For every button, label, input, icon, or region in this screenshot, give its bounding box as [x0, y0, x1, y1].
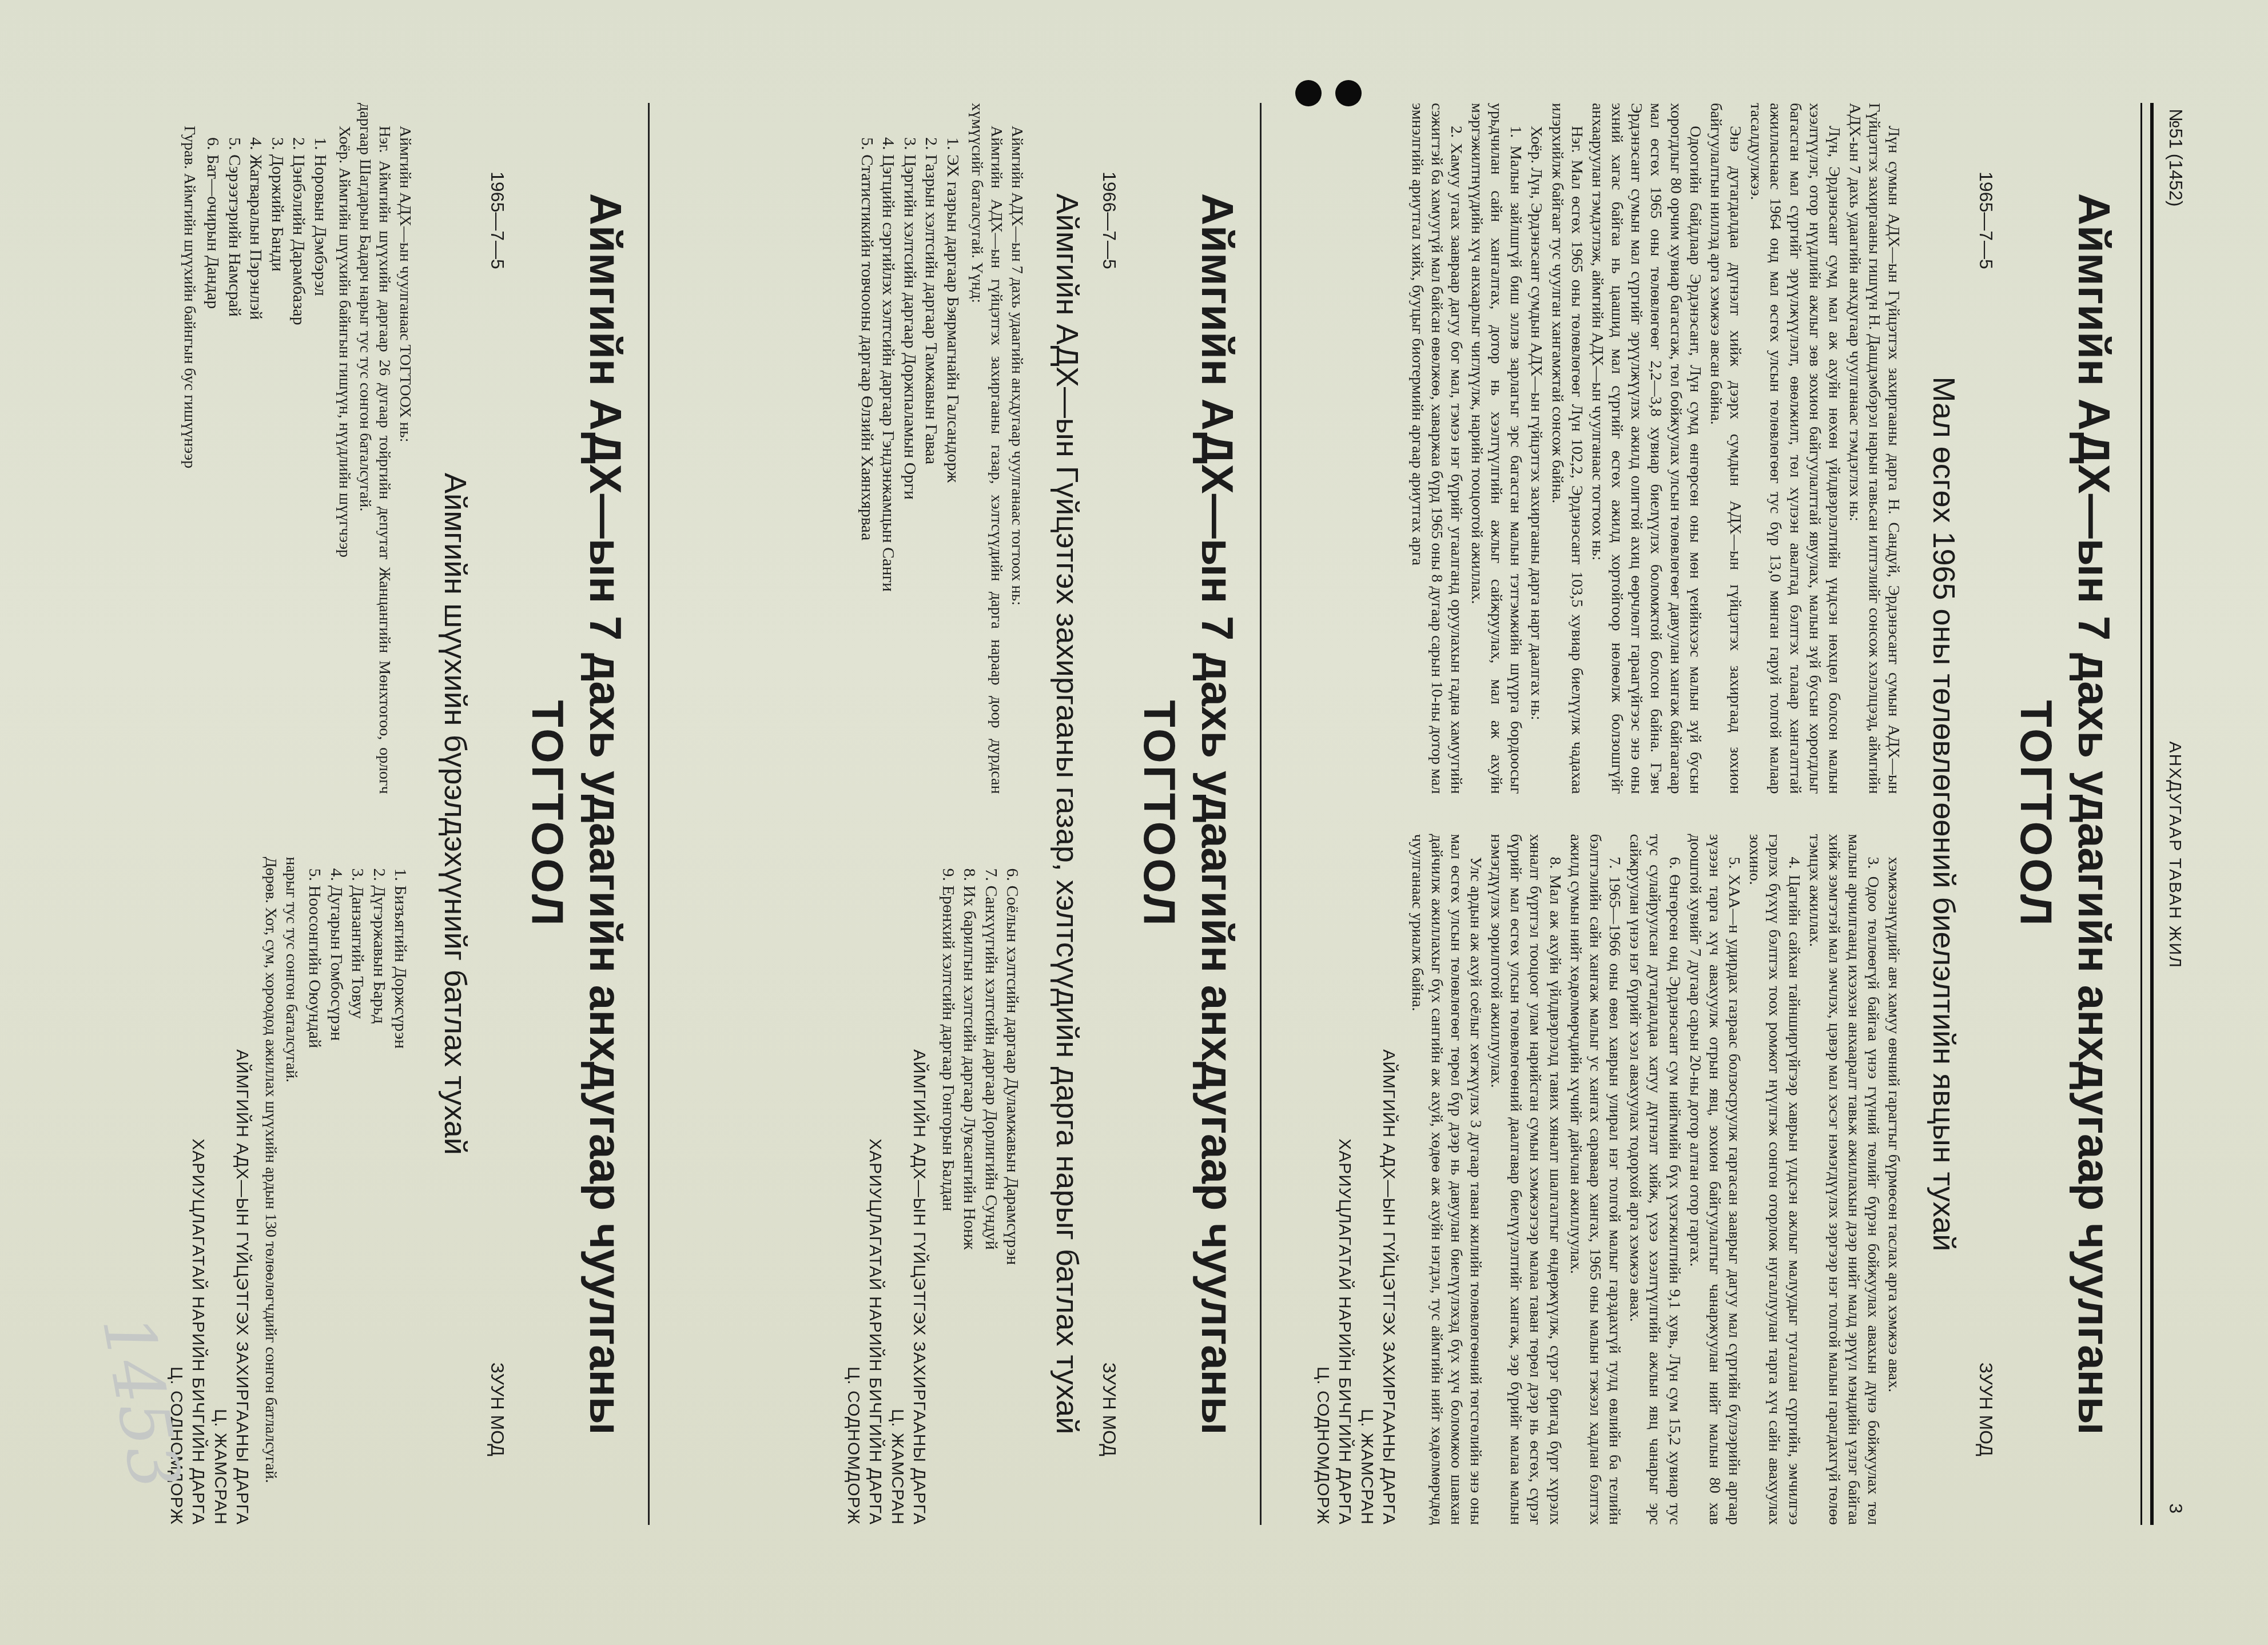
list-item: 8. Их барилгын хэлтсийн даргаар Лувсанги… [959, 869, 981, 1525]
list-item: 5. Статистикийн товчооны даргаар Өлзийн … [856, 137, 878, 794]
signature-name: Ц. СОДНОМДОРЖ [842, 834, 864, 1525]
paragraph: 1. Малын зайлшгүй биш эллэв зарлагыг эрс… [1467, 103, 1525, 794]
paragraph: 4. Цагийн сайхан тайнширгүйгээр хаврын ү… [1745, 834, 1803, 1525]
article1-topic: Мал өсгөх 1965 оны төлөвлөгөөний биелэлт… [1926, 103, 1961, 1525]
article1-date: 1965—7—5 [1975, 172, 1996, 269]
article3-column-2: 1. Бизъягийн Доржсүрэн2. Дүгэржавын Барь… [164, 817, 415, 1525]
list-item: 2. Дүгэржавын Барьд [368, 869, 390, 1525]
article3-intro: Аймгийн АДХ—ын чуулганаас ТОГТООХ нь: [395, 103, 415, 794]
article2-column-2: 6. Соёлын хэлтсийн даргаар Дуламжавын Да… [841, 817, 1026, 1525]
list-item: 3. Данзангийн Товуу [347, 869, 369, 1525]
article2-list-left: 1. ЭХ газрын даргаар Бэярмагнайн Галсанд… [856, 103, 964, 794]
article2-date: 1966—7—5 [1099, 172, 1120, 269]
article3-subhead: ТОГТООЛ [522, 103, 574, 1525]
signature-title: АЙМГИЙН АДХ—ЫН ГҮЙЦЭТГЭХ ЗАХИРГААНЫ ДАРГ… [1378, 834, 1399, 1525]
list-item: 1. Бизъягийн Доржсүрэн [390, 869, 412, 1525]
article2-column-1: Аймгийн АДХ—ын 7 дахь удаагийн анхдугаар… [841, 103, 1026, 794]
list-item: 5. Сэрээтэрийн Намсрай [224, 137, 245, 794]
article2-list-right: 6. Соёлын хэлтсийн даргаар Дуламжавын Да… [937, 834, 1023, 1525]
list-item: 6. Соёлын хэлтсийн даргаар Дуламжавын Да… [1002, 869, 1024, 1525]
list-item: 1. ЭХ газрын даргаар Бэярмагнайн Галсанд… [942, 137, 964, 794]
list-item: 4. Жагваралын Пэрэнлэй [245, 137, 267, 794]
section-divider [1260, 103, 1262, 1525]
paragraph: хэмжээнүүдийг авч хамуу өвчний гарагтыг … [1884, 834, 1903, 1525]
list-item: 3. Цэргийн хэлтсийн даргаар Доржпаламын … [899, 137, 921, 794]
list-item: 9. Ерөнхий хэлтсийн даргаар Гонгорын Бал… [937, 869, 959, 1525]
paragraph: 2. Хамуу угаах заавраар дагуу бог мал, т… [1407, 103, 1465, 794]
masthead: №51 (1452) АНХДУГААР ТАВАН ЖИЛ 3 [2165, 109, 2205, 1513]
article3-item4: Дөрөв. Хот, сум, хороодод ажиллах шүүхий… [261, 834, 280, 1525]
list-item: 4. Цэгцийн сэргийлэх хэлтсийн даргаар Гэ… [878, 137, 900, 794]
article3-item2-end: нарыг тус тус сонгон баталсугай. [281, 834, 301, 1525]
article1-signatures: АЙМГИЙН АДХ—ЫН ГҮЙЦЭТГЭХ ЗАХИРГААНЫ ДАРГ… [1312, 834, 1399, 1525]
paragraph: Энэ дутагдалдаа дүгнэлт хийж дээрх сумды… [1706, 103, 1745, 794]
paragraph: Одоогийн байдлаар Эрдэнэсант, Лүн сумд ө… [1587, 103, 1705, 794]
article2-subhead: ТОГТООЛ [1133, 103, 1185, 1525]
article3-place: ЗУУН МОД [487, 1363, 508, 1456]
article3-headline: Аймгийн АДХ—ын 7 дахь удаагийн анхдугаар… [579, 103, 631, 1525]
list-item: 7. Санхүүгийн хэлтсийн даргаар Дорлигийн… [980, 869, 1002, 1525]
paragraph: 6. Өнгөрсөн онд Эрдэнэсант сум нийгмийн … [1625, 834, 1684, 1525]
list-item: 2. Газрын хэлтсийн даргаар Тамжавын Гава… [921, 137, 942, 794]
paragraph: 7. 1965—1966 оны өвөл хаврын улирал нэг … [1566, 834, 1624, 1525]
signature-title: ХАРИУЦЛАГАТАЙ НАРИЙН БИЧГИЙН ДАРГА [865, 834, 886, 1525]
article1-headline: Аймгийн АДХ—ын 7 дахь удаагийн анхдугаар… [2068, 103, 2119, 1525]
article3-item1: Нэг. Аймгийн шүүхийн даргаар 26 дугаар т… [355, 103, 394, 794]
article1-subhead: ТОГТООЛ [2010, 103, 2062, 1525]
list-item: 4. Дугарын Гомбосүрэн [325, 869, 347, 1525]
article3-list-left: 1. Норовын Дэмбэрэл2. Цэнбэлийн Дарамбаз… [202, 103, 331, 794]
article2-body: Аймгийн АДХ—ын гүйцэтгэх захиргааны газа… [967, 103, 1006, 794]
signature-title: ХАРИУЦЛАГАТАЙ НАРИЙН БИЧГИЙН ДАРГА [188, 834, 209, 1525]
binding-hole [1295, 80, 1322, 106]
paragraph: Хоёр. Лүн, Эрдэнэсант сумдын АДХ—ын гүйц… [1526, 103, 1546, 794]
paragraph: Лүн, Эрдэнэсант сумд мал аж ахуйн нөхөн … [1746, 103, 1844, 794]
newspaper-page: №51 (1452) АНХДУГААР ТАВАН ЖИЛ 3 Аймгийн… [0, 0, 2268, 1645]
article-livestock-plan: Аймгийн АДХ—ын 7 дахь удаагийн анхдугаар… [1311, 103, 2119, 1525]
signature-name: Ц. ЖАМСРАН [1356, 834, 1377, 1525]
issue-number: №51 (1452) [2165, 109, 2186, 206]
article3-topic: Аймгийн шүүхийн бүрэлдэхүүнийг батлах ту… [437, 103, 473, 1525]
paragraph: 3. Одоо төллөөгүй байгаа үнээ гүүний төл… [1805, 834, 1883, 1525]
article2-place: ЗУУН МОД [1099, 1363, 1120, 1456]
list-item: 1. Норовын Дэмбэрэл [309, 137, 331, 794]
article3-date: 1965—7—5 [487, 172, 508, 269]
paragraph: 8. Мал аж ахуйн үйлдвэрлэлд тавих хяналт… [1486, 834, 1565, 1525]
signature-title: ХАРИУЦЛАГАТАЙ НАРИЙН БИЧГИЙН ДАРГА [1334, 834, 1355, 1525]
article3-list-right: 1. Бизъягийн Доржсүрэн2. Дүгэржавын Барь… [304, 834, 412, 1525]
signature-name: Ц. СОДНОМДОРЖ [1312, 834, 1333, 1525]
signature-name: Ц. ЖАМСРАН [886, 834, 908, 1525]
paragraph: 5. ХАА—н удирдах газраас болзосруулж гар… [1685, 834, 1744, 1525]
article2-signatures: АЙМГИЙН АДХ—ЫН ГҮЙЦЭТГЭХ ЗАХИРГААНЫ ДАРГ… [842, 834, 929, 1525]
article3-item2: Хоёр. Аймгийн шүүхийн байнгын гишүүн, нү… [335, 103, 354, 794]
article3-column-1: Аймгийн АДХ—ын чуулганаас ТОГТООХ нь: Нэ… [164, 103, 415, 794]
signature-title: АЙМГИЙН АДХ—ЫН ГҮЙЦЭТГЭХ ЗАХИРГААНЫ ДАРГ… [232, 834, 253, 1525]
article2-intro: Аймгийн АДХ—ын 7 дахь удаагийн анхдугаар… [1007, 103, 1026, 794]
list-item: 6. Бат—очирын Дандар [202, 137, 224, 794]
paragraph: Лүн сумын АДХ—ын Гүйцэтгэх захиргааны да… [1845, 103, 1903, 794]
article1-column-2: хэмжээнүүдийг авч хамуу өвчний гарагтыг … [1311, 817, 1903, 1525]
article2-headline: Аймгийн АДХ—ын 7 дахь удаагийн анхдугаар… [1191, 103, 1243, 1525]
article2-topic: Аймгийн АДХ—ын Гүйцэтгэх захиргааны газа… [1049, 103, 1085, 1525]
signature-name: Ц. ЖАМСРАН [209, 834, 230, 1525]
article1-column-1: Лүн сумын АДХ—ын Гүйцэтгэх захиргааны да… [1311, 103, 1903, 794]
section-divider [648, 103, 650, 1525]
signature-title: АЙМГИЙН АДХ—ЫН ГҮЙЦЭТГЭХ ЗАХИРГААНЫ ДАРГ… [909, 834, 930, 1525]
article1-place: ЗУУН МОД [1975, 1363, 1996, 1456]
article3-item3: Гурав. Аймгийн шүүхийн байнгын бус гишүү… [180, 103, 199, 794]
list-item: 2. Цэнбэлийн Дарамбазар [288, 137, 310, 794]
page-number: 3 [2165, 1503, 2186, 1513]
list-item: 5. Ноосонгийн Оюундай [304, 869, 326, 1525]
paragraph: Улс ардын аж ахуй соёлыг хөгжүүлэх 3 дуг… [1407, 834, 1485, 1525]
article-court-members: Аймгийн АДХ—ын 7 дахь удаагийн анхдугаар… [164, 103, 667, 1525]
volume-label: АНХДУГААР ТАВАН ЖИЛ [2165, 742, 2185, 969]
paragraph: Нэг. Мал өсгөх 1965 оны төлөвлөгөөг Лүн … [1547, 103, 1586, 794]
binding-hole [1335, 80, 1362, 106]
masthead-rule [2140, 103, 2154, 1525]
list-item: 3. Доржийн Банди [266, 137, 288, 794]
article-department-heads: Аймгийн АДХ—ын 7 дахь удаагийн анхдугаар… [841, 103, 1279, 1525]
